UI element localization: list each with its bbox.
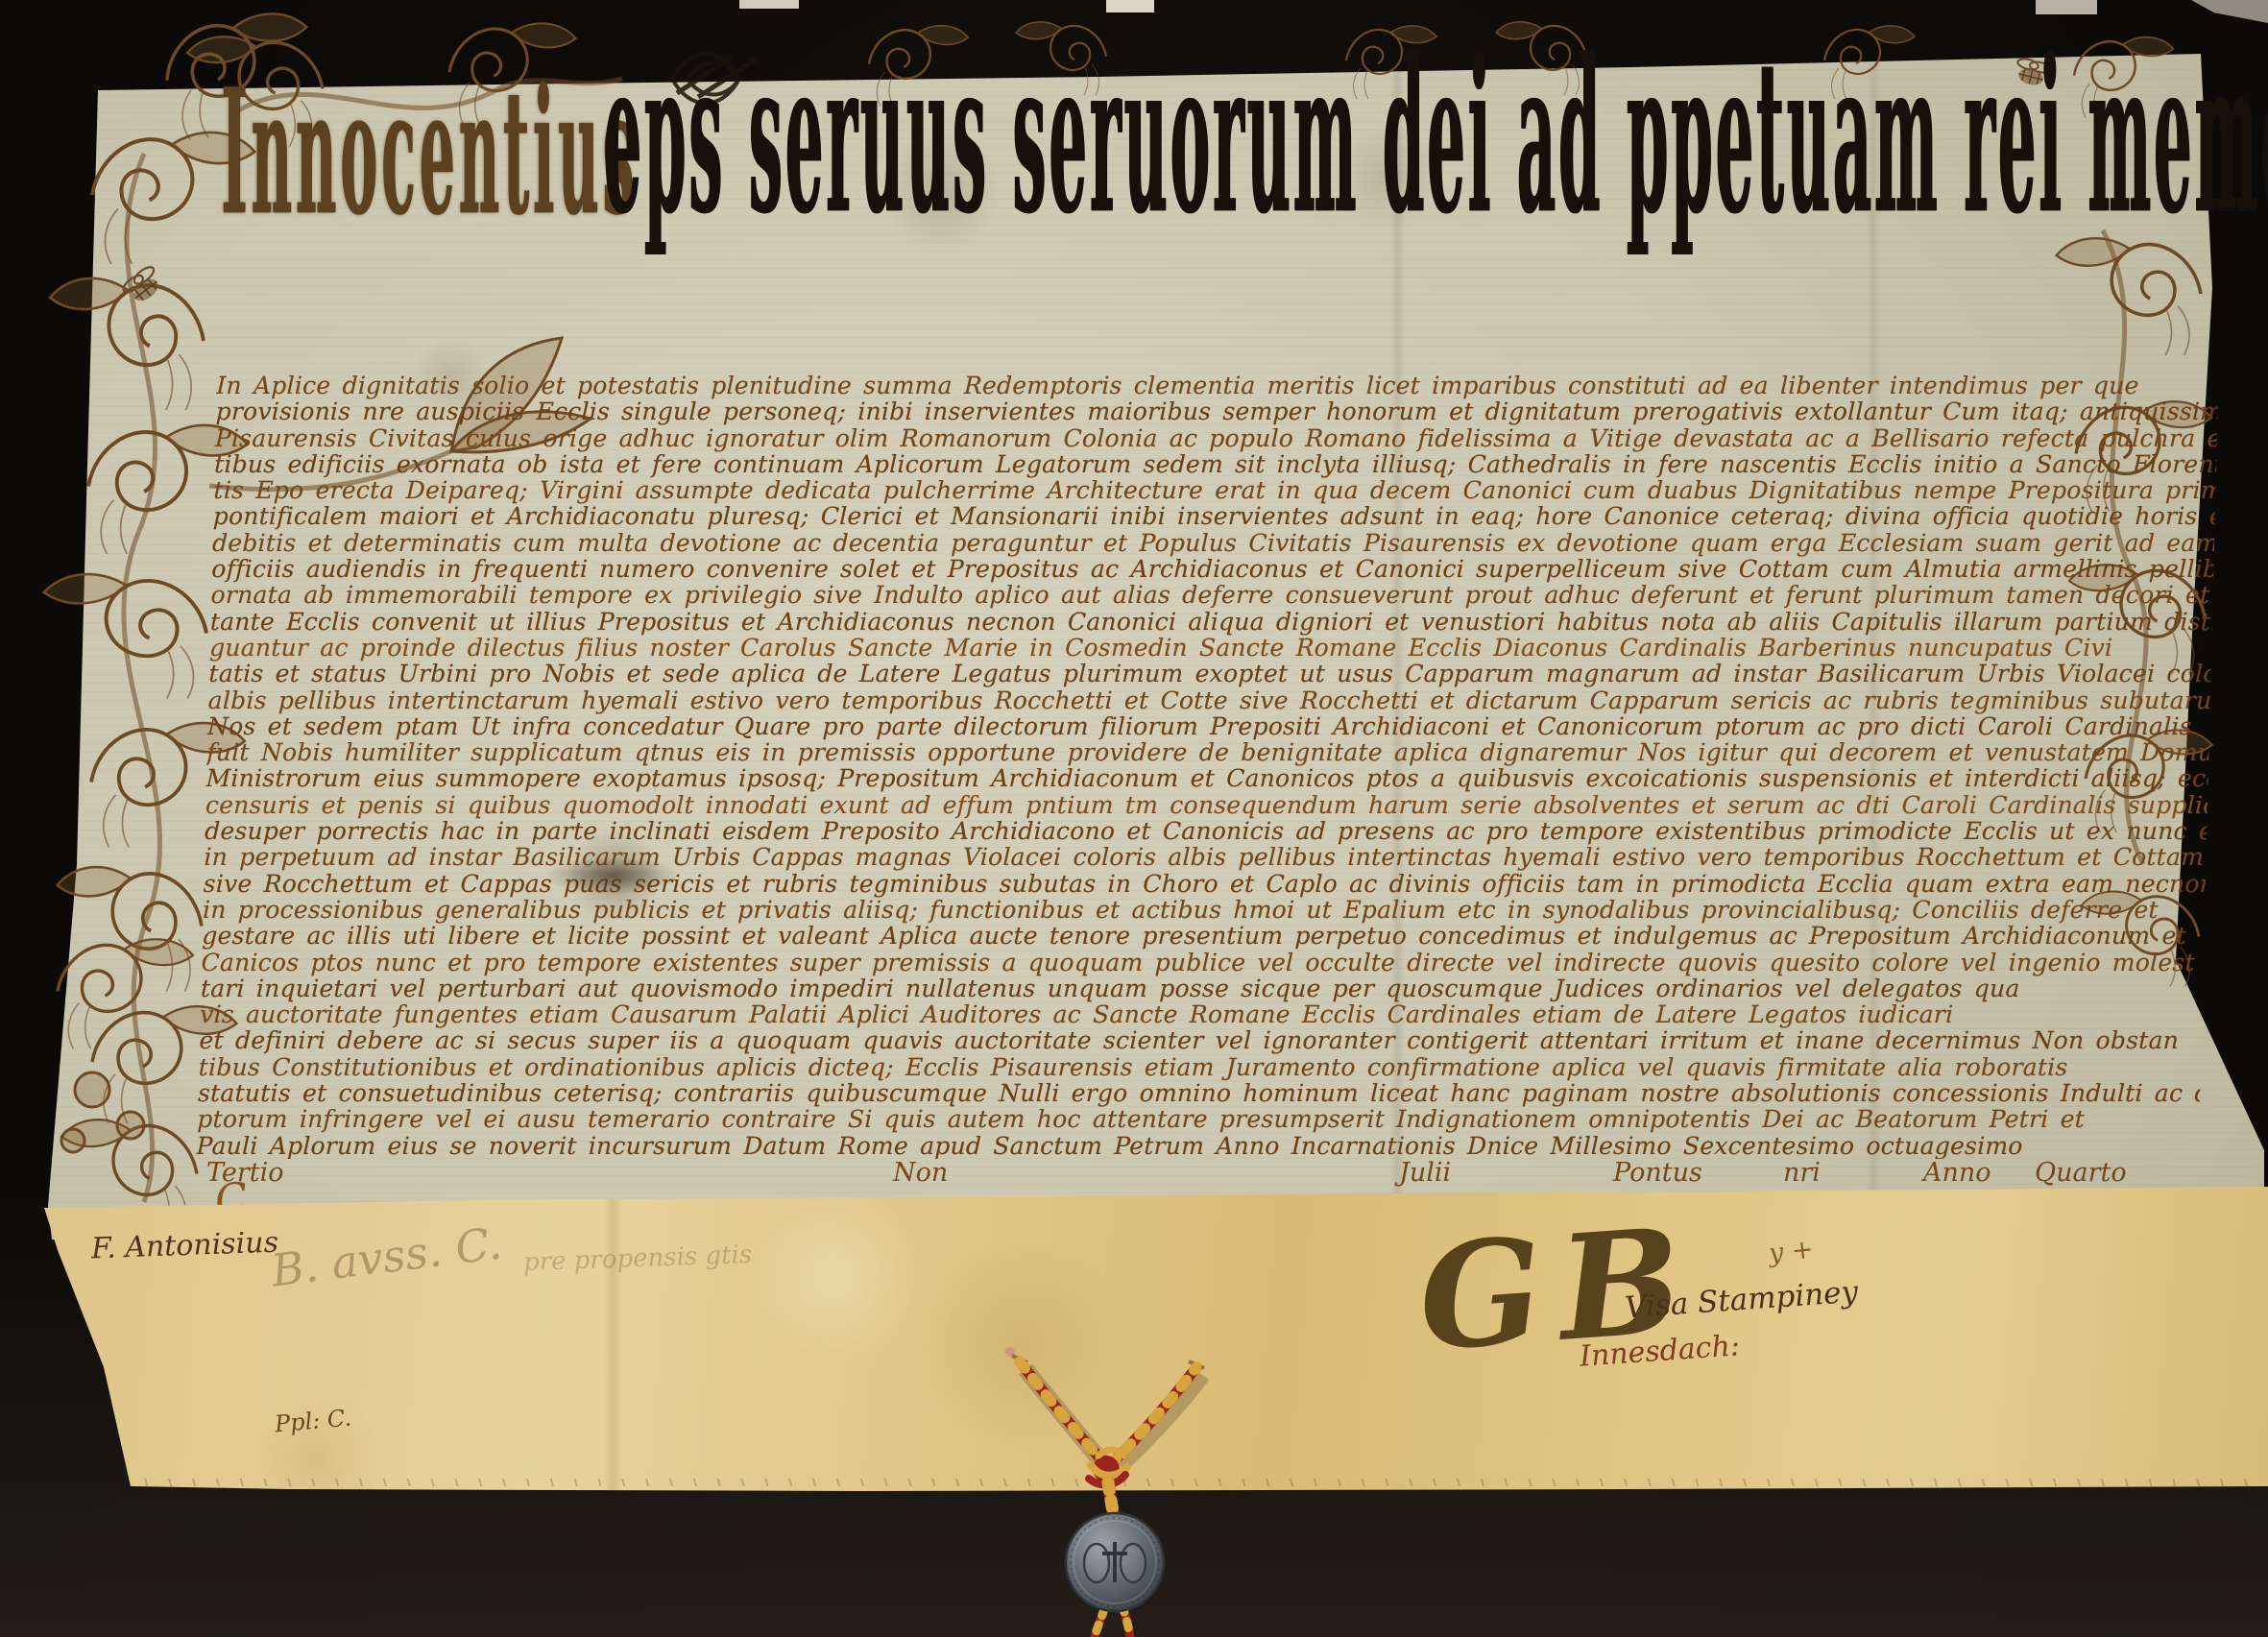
manuscript-line: Nos et sedem ptam Ut infra concedatur Qu… — [207, 713, 2210, 739]
lead-bulla-seal — [1066, 1513, 1164, 1611]
chancery-signature-left: F. Antonisius — [90, 1226, 278, 1266]
date-word-underlined: Quarto — [2033, 1158, 2133, 1192]
manuscript-line: vis auctoritate fungentes etiam Causarum… — [200, 1001, 2203, 1027]
manuscript-line: debitis et determinatis cum multa devoti… — [212, 530, 2215, 556]
manuscript-line: tis Epo erecta Deipareq; Virgini assumpt… — [213, 477, 2216, 503]
manuscript-line: et definiri debere ac si secus super iis… — [199, 1027, 2202, 1053]
manuscript-line: fuit Nobis humiliter supplicatum qtnus e… — [206, 739, 2209, 765]
manuscript-line: ornata ab immemorabili tempore ex privil… — [210, 582, 2213, 608]
date-word: nri — [1783, 1158, 1821, 1188]
seal-head-left — [1084, 1544, 1109, 1582]
manuscript-line: tante Ecclis convenit ut illius Preposit… — [210, 609, 2213, 635]
manuscript-line: Ministrorum eius summopere exoptamus ips… — [205, 765, 2208, 791]
mounting-tab — [2036, 0, 2097, 14]
plica-stitch-marks — [134, 1479, 2256, 1486]
manuscript-line: statutis et consuetudinibus ceterisq; co… — [198, 1080, 2201, 1106]
manuscript-line: Pisaurensis Civitas cuius orige adhuc ig… — [215, 425, 2218, 451]
bull-text-block: In Aplice dignitatis solio et potestatis… — [196, 373, 2218, 1159]
dating-clause-line: Tertio Non Julii Pontus nri Anno Quarto — [206, 1158, 2208, 1191]
manuscript-line: In Aplice dignitatis solio et potestatis… — [216, 373, 2219, 398]
manuscript-line: guantur ac proinde dilectus filius noste… — [209, 635, 2212, 661]
manuscript-line: officiis audiendis in frequenti numero c… — [211, 556, 2214, 582]
date-word: Pontus — [1613, 1158, 1702, 1188]
manuscript-line: sive Rocchettum et Cappas puas sericis e… — [203, 871, 2206, 897]
ink-blot — [545, 856, 680, 895]
manuscript-line: censuris et penis si quibus quomodolt in… — [205, 792, 2208, 818]
manuscript-line: tari inquietari vel perturbari aut quovi… — [201, 975, 2204, 1001]
photograph-of-document: Innocentius eps seruus seruorum dei ad p… — [0, 0, 2268, 1637]
manuscript-line: in perpetuum ad instar Basilicarum Urbis… — [204, 844, 2207, 870]
manuscript-line: gestare ac illis uti libere et licite po… — [202, 923, 2205, 949]
mounting-tab — [1106, 0, 1154, 12]
seal-cross — [1102, 1542, 1127, 1582]
manuscript-line: tibus Constitutionibus et ordinationibus… — [198, 1054, 2201, 1080]
manuscript-line: provisionis nre auspiciis Ecclis singule… — [215, 398, 2218, 424]
date-word: Julii — [1399, 1158, 1451, 1188]
mounting-tab — [2191, 0, 2268, 23]
manuscript-line: pontificalem maiori et Archidiaconatu pl… — [212, 503, 2215, 529]
manuscript-line: desuper porrectis hac in parte inclinati… — [205, 818, 2208, 844]
manuscript-line: albis pellibus intertinctarum hyemali es… — [207, 687, 2210, 713]
pen-marks: y + — [1768, 1235, 1815, 1269]
seal-head-right — [1121, 1544, 1146, 1582]
mounting-tab — [739, 0, 799, 9]
manuscript-line: tatis et status Urbini pro Nobis et sede… — [208, 661, 2211, 686]
manuscript-line: Canicos ptos nunc et pro tempore existen… — [201, 950, 2204, 975]
manuscript-line: tibus edificiis exornata ob ista et fere… — [214, 451, 2217, 477]
manuscript-line: Pauli Aplorum eius se noverit incursurum… — [196, 1133, 2199, 1159]
manuscript-line: in processionibus generalibus publicis e… — [203, 897, 2206, 923]
date-word: Anno — [1923, 1158, 1991, 1188]
manuscript-line: ptorum infringere vel ei ausu temerario … — [197, 1106, 2200, 1132]
date-word: Non — [893, 1158, 948, 1188]
